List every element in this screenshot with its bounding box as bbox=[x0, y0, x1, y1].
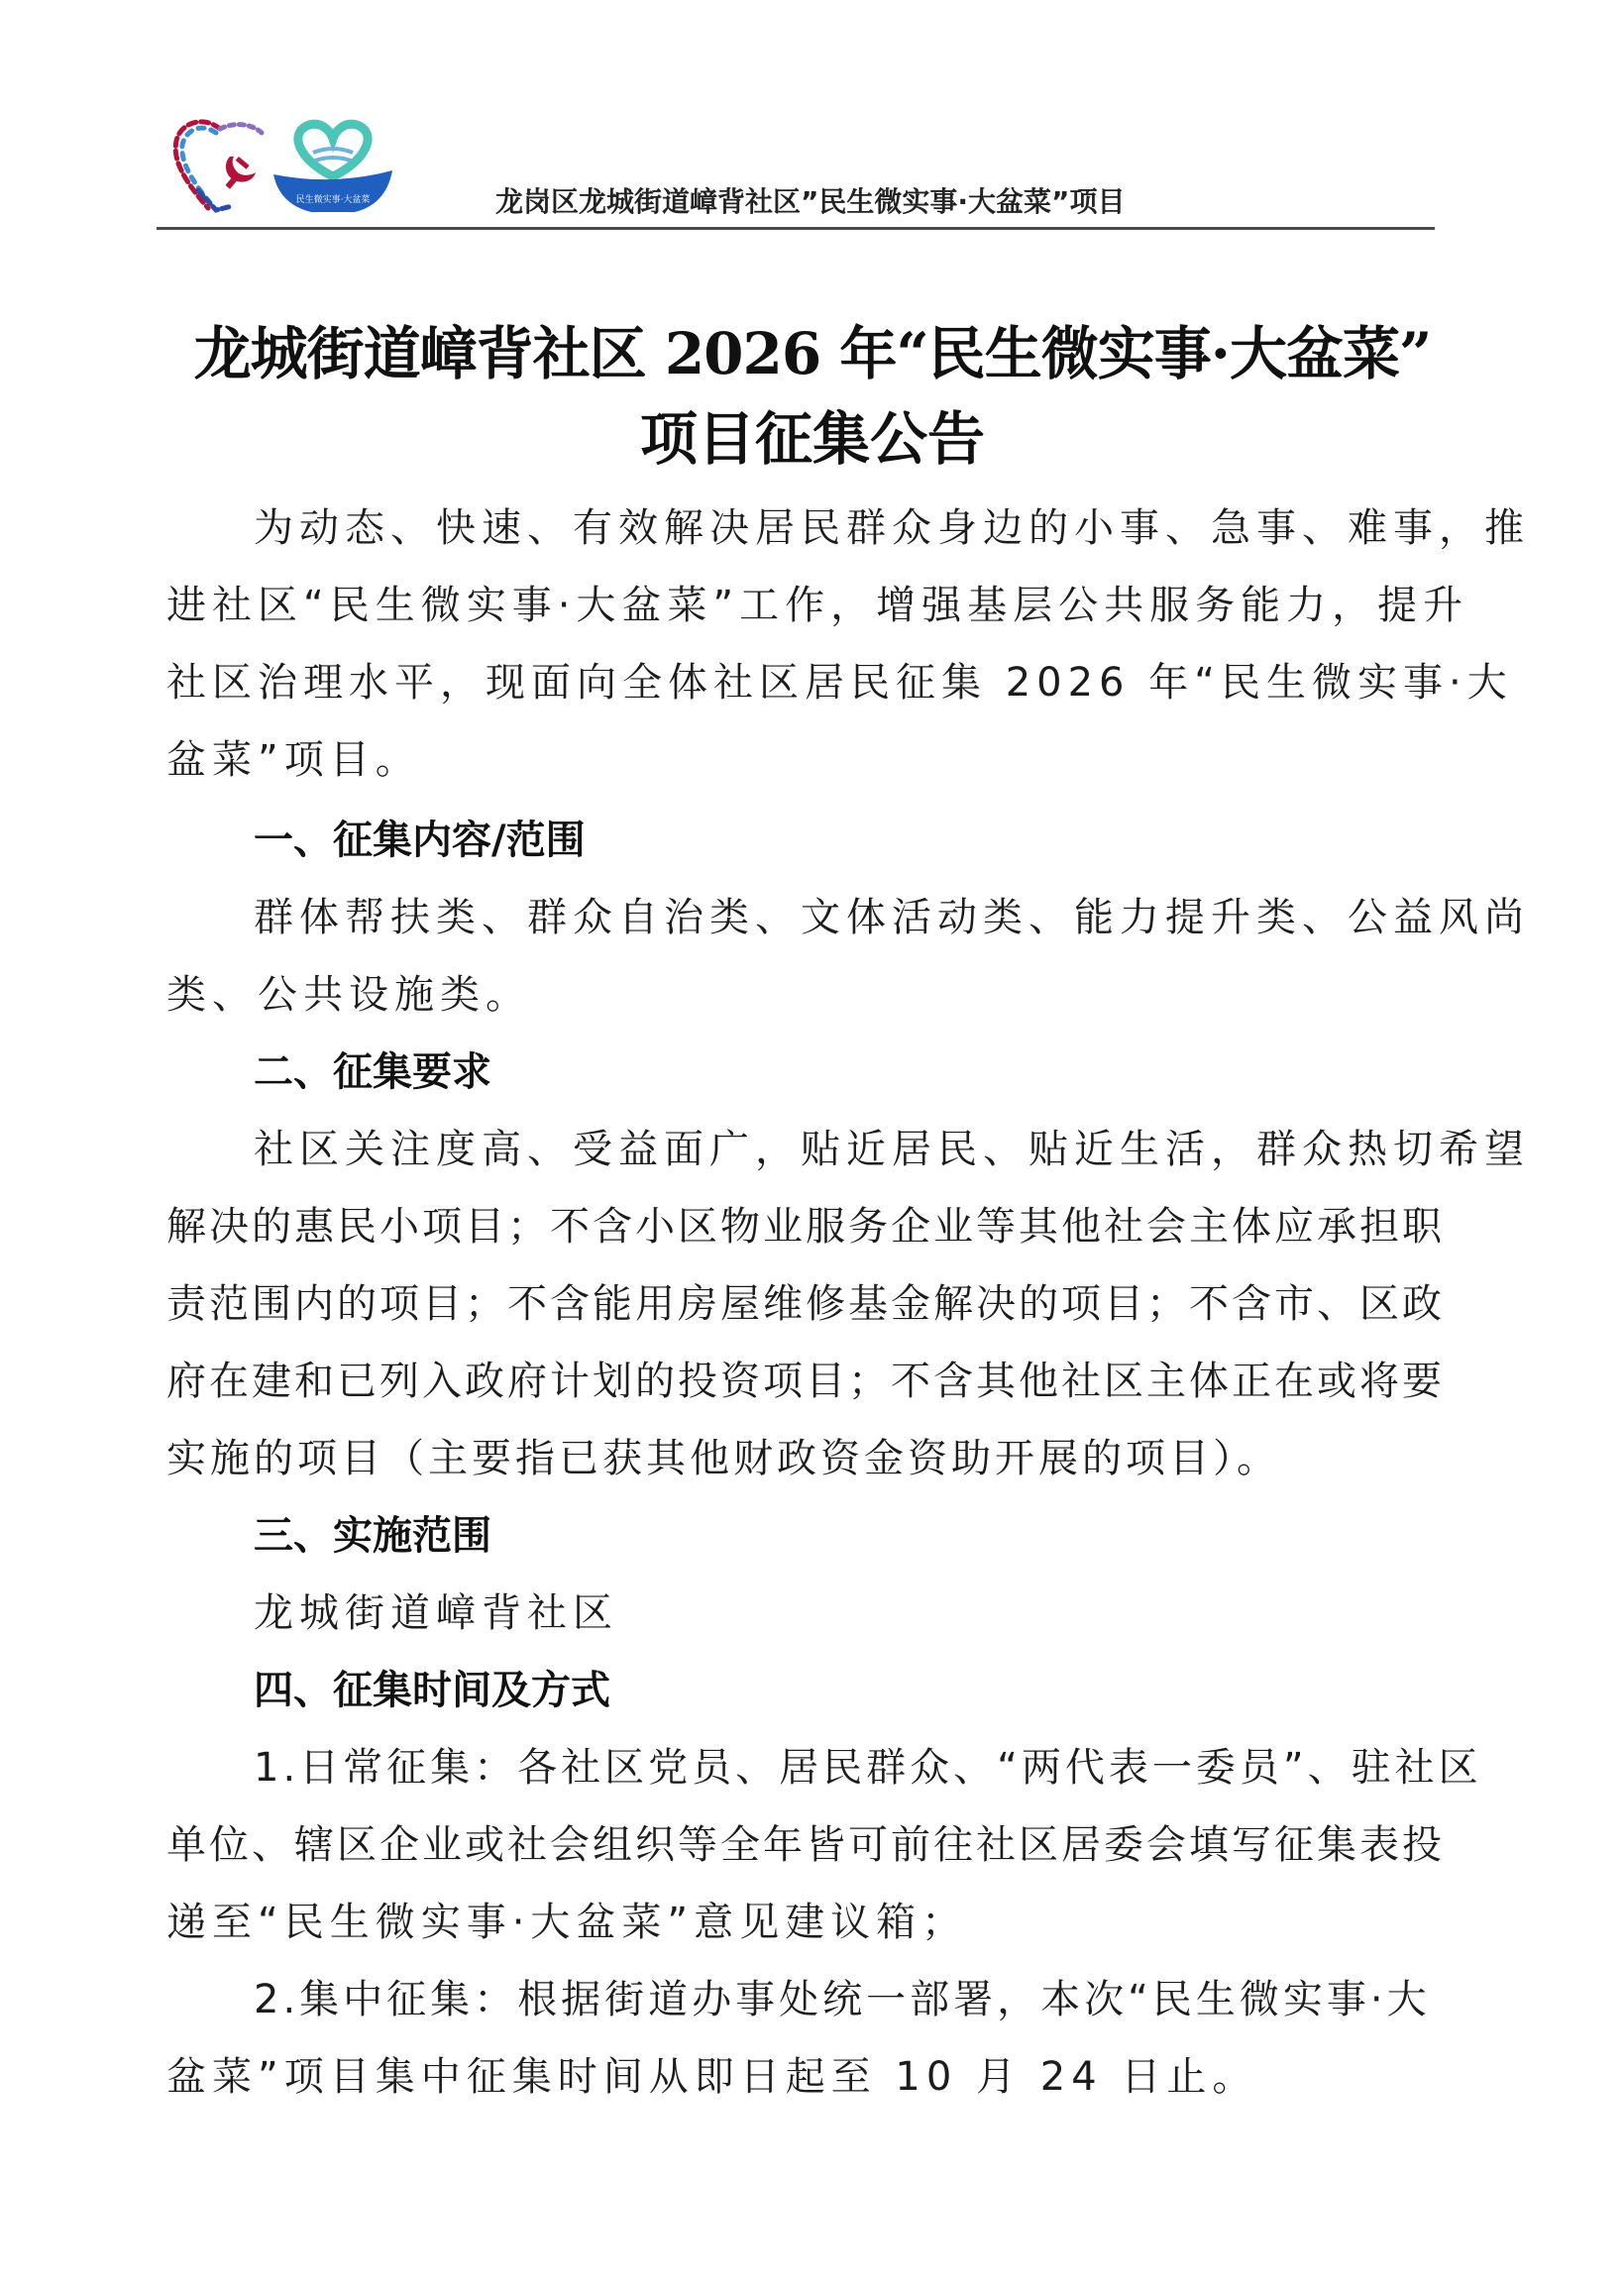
section-4-line-4: 2.集中征集：根据街道办事处统一部署，本次“民生微实事·大 bbox=[254, 1970, 1474, 2029]
section-2-line-2: 解决的惠民小项目；不含小区物业服务企业等其他社会主体应承担职 bbox=[166, 1197, 1474, 1256]
header-divider bbox=[157, 227, 1435, 230]
section-3-line-1: 龙城街道嶂背社区 bbox=[254, 1583, 1474, 1643]
section-4-line-5: 盆菜”项目集中征集时间从即日起至 10 月 24 日止。 bbox=[166, 2047, 1474, 2107]
section-heading-1: 一、征集内容/范围 bbox=[254, 811, 586, 870]
section-2-line-5: 实施的项目（主要指已获其他财政资金资助开展的项目）。 bbox=[166, 1429, 1474, 1488]
section-1-line-1: 群体帮扶类、群众自治类、文体活动类、能力提升类、公益风尚 bbox=[254, 888, 1474, 947]
document-title-line-2: 项目征集公告 bbox=[149, 404, 1476, 474]
svg-text:民生微实事·大盆菜: 民生微实事·大盆菜 bbox=[296, 193, 371, 205]
section-heading-3: 三、实施范围 bbox=[254, 1506, 491, 1566]
party-heart-logo-icon bbox=[159, 111, 275, 222]
header-title: 龙岗区龙城街道嶂背社区”民生微实事·大盆菜”项目 bbox=[495, 182, 1288, 222]
minsheng-bowl-logo-icon: 民生微实事·大盆菜 bbox=[270, 113, 396, 216]
section-2-line-4: 府在建和已列入政府计划的投资项目；不含其他社区主体正在或将要 bbox=[166, 1352, 1474, 1411]
intro-line-4: 盆菜”项目。 bbox=[166, 730, 1474, 790]
intro-line-2: 进社区“民生微实事·大盆菜”工作，增强基层公共服务能力，提升 bbox=[166, 576, 1474, 635]
section-4-line-2: 单位、辖区企业或社会组织等全年皆可前往社区居委会填写征集表投 bbox=[166, 1815, 1474, 1875]
section-1-line-2: 类、公共设施类。 bbox=[166, 965, 1474, 1025]
section-4-line-3: 递至“民生微实事·大盆菜”意见建议箱； bbox=[166, 1893, 1474, 1952]
section-4-line-1: 1.日常征集：各社区党员、居民群众、“两代表一委员”、驻社区 bbox=[254, 1738, 1474, 1798]
section-2-line-3: 责范围内的项目；不含能用房屋维修基金解决的项目；不含市、区政 bbox=[166, 1274, 1474, 1334]
intro-line-1: 为动态、快速、有效解决居民群众身边的小事、急事、难事，推 bbox=[254, 498, 1474, 558]
section-heading-4: 四、征集时间及方式 bbox=[254, 1661, 610, 1720]
section-2-line-1: 社区关注度高、受益面广，贴近居民、贴近生活，群众热切希望 bbox=[254, 1120, 1474, 1179]
header-logos: 民生微实事·大盆菜 bbox=[159, 111, 396, 222]
section-heading-2: 二、征集要求 bbox=[254, 1042, 491, 1102]
document-title-line-1: 龙城街道嶂背社区 2026 年“民生微实事·大盆菜” bbox=[149, 319, 1476, 388]
intro-line-3: 社区治理水平，现面向全体社区居民征集 2026 年“民生微实事·大 bbox=[166, 653, 1474, 712]
